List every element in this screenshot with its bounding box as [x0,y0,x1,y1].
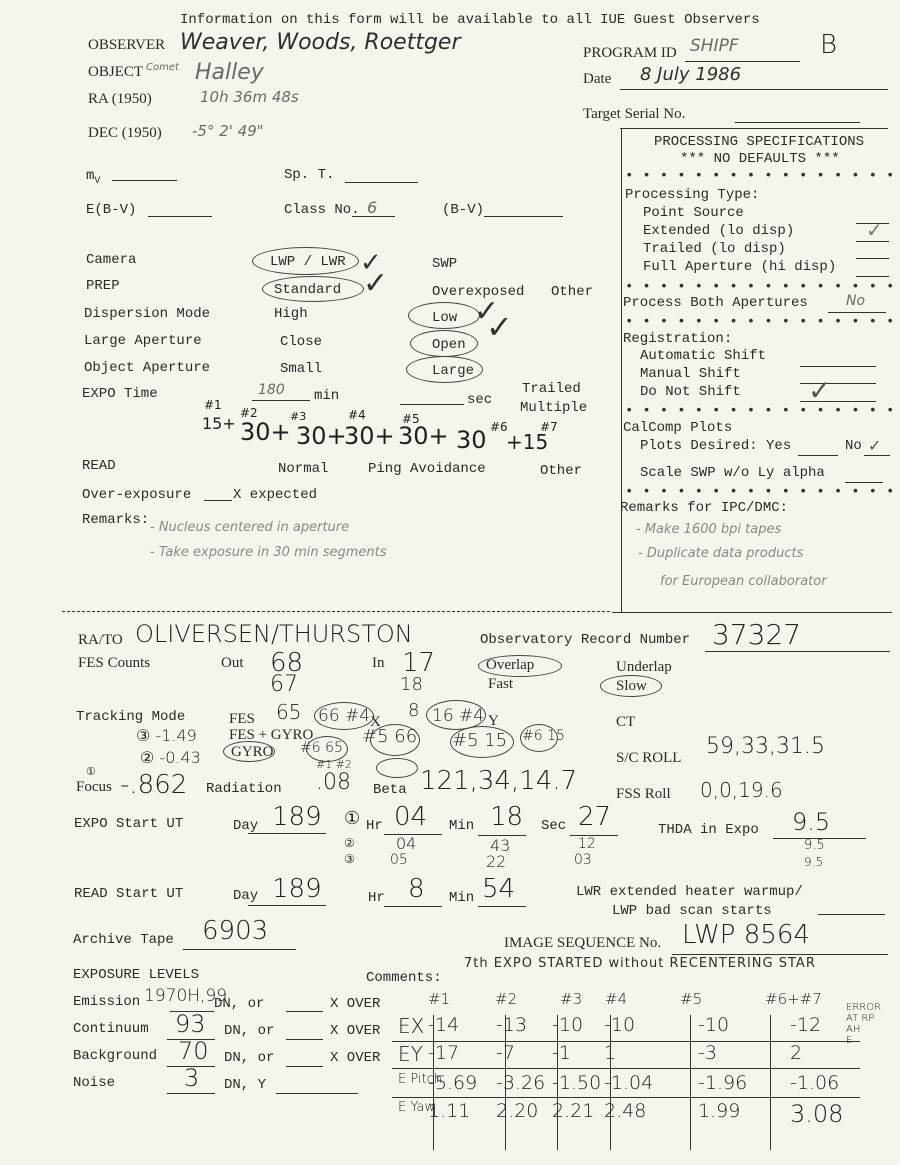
error-col-header: #3 [560,990,582,1008]
focus-mark: ① [86,765,96,778]
extended-checkmark-icon: ✓ [866,218,883,242]
level-suffix: DN, Y [224,1077,266,1093]
x-head-value: 8 [408,700,419,721]
level-suffix: DN, or [214,996,264,1012]
error-cell: -10 [604,1014,635,1036]
large-aperture-label: Large Aperture [84,333,202,349]
fss-roll-label: FSS Roll [616,786,671,803]
process-both-underline [828,312,886,313]
ipc-remark-line: - Duplicate data products [638,546,803,561]
expo-min-value[interactable]: 18 [490,802,523,832]
dec-value[interactable]: -5° 2' 49" [192,122,264,140]
ra-label: RA (1950) [88,91,152,108]
dotted-separator: ••••••••••••••••••••••••• [625,314,900,330]
bv-label: (B-V) [442,202,484,218]
error-cell: 2 [790,1042,802,1064]
processing-box-left [621,128,622,612]
archive-tape-label: Archive Tape [73,932,174,948]
segment-value: 15+ [202,414,236,433]
tracking-mode-label: Tracking Mode [76,709,185,725]
registration-label: Registration: [623,331,732,347]
lwp-scan-field[interactable] [818,914,885,915]
processing-box-top [620,128,888,129]
rato-value[interactable]: OLIVERSEN/THURSTON [135,620,413,648]
slow-selected-circle [600,675,662,697]
tracking-fes[interactable]: FES [229,711,255,728]
expo-min-label: Min [449,818,474,834]
level-label: Continuum [73,1021,149,1037]
spt-label: Sp. T. [284,167,334,183]
y-circle [520,724,558,752]
error-cell: -13 [496,1014,527,1036]
overexposure-field[interactable] [204,500,232,501]
expo-day-underline [248,833,326,834]
plots-desired-label: Plots Desired: Yes [640,438,791,454]
expo-min-value[interactable]: 180 [258,382,285,398]
observer-value[interactable]: Weaver, Woods, Roettger [180,30,461,55]
plots-yes-field[interactable] [798,455,838,456]
error-row-label: EY [398,1042,423,1066]
error-row-line [392,1041,860,1042]
level-label: Background [73,1048,157,1064]
overexposure-label: Over-exposure [82,487,191,503]
remark-line: - Nucleus centered in aperture [150,520,349,535]
error-cell: -1 [552,1042,571,1064]
level-label: Noise [73,1075,115,1091]
process-both-label: Process Both Apertures [623,295,808,311]
y-circle [450,726,514,758]
expo-hr-label: Hr [366,818,383,834]
error-cell: -1.06 [790,1072,839,1094]
out-label: Out [221,655,244,672]
error-cell: 1.99 [698,1100,740,1122]
segment-tag: #4 [348,408,366,422]
level-over: X OVER [330,1050,380,1066]
error-col-line [770,1015,771,1150]
mv-label: mV [86,168,100,187]
expo-hr-value-3: 05 [390,852,408,868]
large-aperture-checkmark-icon: ✓ [486,308,513,346]
read-hr-value[interactable]: 8 [408,874,425,904]
segment-tag: #1 [204,398,222,412]
object-value[interactable]: Halley [195,60,264,85]
read-hr-label: Hr [368,890,385,906]
record-number-value[interactable]: 37327 [712,618,801,651]
object-aperture-option-small[interactable]: Small [280,361,322,377]
expo-sec-label: sec [467,392,492,408]
error-col-header: #6+#7 [765,990,822,1008]
beta-label: Beta [373,782,407,798]
error-col-line [610,1015,611,1150]
plots-no-field[interactable] [864,455,890,456]
type-trailed-field [856,258,889,259]
expo-sec-value-3: 03 [574,852,592,868]
prep-option-other[interactable]: Other [551,284,593,300]
ct-label: CT [616,714,635,731]
level-over-field[interactable] [286,1066,323,1067]
dispersion-selected-circle [408,302,480,329]
error-col-header: #5 [680,990,702,1008]
expo-start-mark: ③ [344,852,355,866]
type-full-aperture[interactable]: Full Aperture (hi disp) [643,259,836,275]
expo-sec-field[interactable] [400,404,464,405]
thda-value[interactable]: 9.5 [792,808,830,836]
date-value[interactable]: 8 July 1986 [640,64,741,85]
image-sequence-label: IMAGE SEQUENCE No. [504,935,661,952]
expo-day-label: Day [233,818,258,834]
program-id-underline [685,61,800,62]
thda-value-3: 9.5 [804,855,823,869]
remarks-label: Remarks: [82,512,149,528]
focus-value[interactable]: -.862 [120,770,187,800]
remark-line: - Take exposure in 30 min segments [150,545,387,560]
processing-type-label: Processing Type: [625,187,759,203]
plots-no-checkmark-icon: ✓ [868,436,881,455]
error-cell: -3.26 [496,1072,545,1094]
read-day-underline [248,905,326,906]
error-row-label: EX [398,1014,424,1038]
level-value[interactable]: 93 [175,1010,206,1038]
trailed-label: Trailed [522,381,581,397]
object-label: OBJECT [88,64,143,81]
level-suffix: DN, or [224,1023,274,1039]
noise-y-field[interactable] [276,1093,358,1094]
thda-value-2: 9.5 [804,838,825,853]
fss-roll-value[interactable]: 0,0,19.6 [700,778,783,802]
bv-field[interactable] [484,216,563,217]
corner-mark: B [820,30,837,60]
fes-value: 65 [276,700,301,724]
expo-min-value-3: 22 [486,852,506,871]
error-row-line [392,1068,860,1069]
camera-selected-circle [252,247,359,275]
date-underline [620,89,888,90]
error-row-line [392,1097,860,1098]
expo-min-label: min [314,388,339,404]
empty-circle [376,758,418,778]
beta-value[interactable]: 121,34,14.7 [420,766,577,796]
in-label: In [372,655,385,672]
expo-min-underline [252,400,310,401]
program-id-label: PROGRAM ID [583,45,677,62]
level-suffix: DN, or [224,1050,274,1066]
large-aperture-option-close[interactable]: Close [280,334,322,350]
reg-auto-field [800,366,876,367]
multiple-label: Multiple [520,400,587,416]
error-cell: 3.08 [790,1100,843,1128]
remarks-ipc-label: Remarks for IPC/DMC: [620,500,788,516]
error-col-header: #2 [495,990,517,1008]
comments-value[interactable]: 7th EXPO STARTED without RECENTERING STA… [464,956,816,971]
dotted-separator: ••••••••••••••••••••••••• [625,168,900,184]
class-value[interactable]: 6 [367,198,377,217]
reg-manual-shift[interactable]: Manual Shift [640,366,741,382]
mv-field[interactable] [112,180,177,181]
thda-label: THDA in Expo [658,822,759,838]
comments-label: Comments: [366,970,442,986]
segment-value: 30+ [240,418,291,446]
x-circle [370,724,420,756]
ebv-label: E(B-V) [86,202,136,218]
radiation-value[interactable]: .08 [316,770,351,795]
read-day-label: Day [233,888,258,904]
error-cell: -1.04 [604,1072,653,1094]
error-cell: 1.11 [428,1100,470,1122]
type-point-source[interactable]: Point Source [643,205,744,221]
plots-no-label: No [845,438,862,454]
read-option-other[interactable]: Other [540,463,582,479]
camera-label: Camera [86,252,136,268]
in-value-2[interactable]: 18 [400,674,423,695]
segment-tag: #7 [540,420,558,434]
date-label: Date [583,71,611,88]
record-number-underline [705,651,890,652]
lwr-heater-label: LWR extended heater warmup/ [576,884,803,900]
rato-label: RA/TO [78,632,123,649]
error-cell: 2.20 [496,1100,538,1122]
level-value[interactable]: 70 [178,1037,209,1065]
prep-checkmark-icon: ✓ [363,266,388,301]
ra-value[interactable]: 10h 36m 48s [200,88,299,106]
error-cell: -1.96 [698,1072,747,1094]
calcomp-label: CalComp Plots [623,420,732,436]
form-notice: Information on this form will be availab… [180,12,760,28]
reg-do-not-shift[interactable]: Do Not Shift [640,384,741,400]
error-side-note: ERROR AT RP AH E [846,1002,881,1046]
processing-subtitle: *** NO DEFAULTS *** [680,151,840,167]
ebv-field[interactable] [148,216,212,217]
expo-sec-label: Sec [541,818,566,834]
object-aperture-selected-circle [406,356,483,383]
spt-field[interactable] [345,182,418,183]
record-number-label: Observatory Record Number [480,632,690,648]
error-cell: -3 [698,1042,717,1064]
read-option-ping-avoidance[interactable]: Ping Avoidance [368,461,486,477]
error-cell: -12 [790,1014,821,1036]
ipc-remark-line: for European collaborator [660,574,827,589]
exposure-levels-label: EXPOSURE LEVELS [73,967,199,983]
level-over-field[interactable] [286,1011,323,1012]
track-note: ② -0.43 [140,748,201,767]
read-min-value[interactable]: 54 [482,874,515,904]
segment-value: 30 [456,426,487,454]
read-hr-underline [384,906,442,907]
large-aperture-selected-circle [410,330,478,357]
object-aperture-label: Object Aperture [84,360,210,376]
out-value-2[interactable]: 67 [270,672,298,697]
level-label: Emission [73,994,140,1010]
expo-hr-value[interactable]: 04 [394,802,427,832]
archive-tape-value[interactable]: 6903 [202,916,268,946]
processing-title: PROCESSING SPECIFICATIONS [654,134,864,150]
overexposure-suffix: X expected [233,487,317,503]
dec-label: DEC (1950) [88,125,162,142]
type-full-aperture-field [856,276,889,277]
radiation-label: Radiation [206,781,282,797]
segment-value: 30+ [398,422,449,450]
section-divider-solid [612,612,892,613]
expo-day-value[interactable]: 189 [272,802,322,832]
target-serial-label: Target Serial No. [583,106,685,123]
ipc-remark-line: - Make 1600 bpi tapes [636,522,781,537]
scale-swp-field[interactable] [845,482,883,483]
observer-label: OBSERVER [88,37,165,54]
level-over-field[interactable] [286,1039,323,1040]
prep-label: PREP [86,278,120,294]
segment-value: 30+ [344,422,395,450]
program-id-value[interactable]: SHIPF [690,36,739,56]
dotted-separator: ••••••••••••••••••••••••• [625,403,900,419]
expo-sec-value-2: 12 [578,836,596,852]
prep-selected-circle [262,276,364,302]
error-col-line [505,1015,506,1150]
read-min-label: Min [449,890,474,906]
expo-start-mark: ② [344,836,355,850]
gyro-selected-circle [223,741,275,762]
fast-option[interactable]: Fast [488,676,513,693]
dotted-separator: ••••••••••••••••••••••••• [625,484,900,500]
expo-start-mark: ① [344,808,360,829]
target-serial-field[interactable] [735,122,860,123]
class-underline [352,216,395,217]
level-over: X OVER [330,1023,380,1039]
read-min-underline [478,906,526,907]
camera-option-swp[interactable]: SWP [432,256,457,272]
dispersion-label: Dispersion Mode [84,306,210,322]
read-label: READ [82,458,116,474]
level-value[interactable]: 3 [184,1064,199,1092]
track-note: ③ -1.49 [136,726,197,745]
error-cell: -5.69 [428,1072,477,1094]
expo-hr-value-2: 04 [396,834,416,853]
sc-roll-label: S/C ROLL [616,750,681,767]
fes-counts-label: FES Counts [78,655,150,672]
object-prefix: Comet [146,62,179,73]
error-col-header: #1 [428,990,450,1008]
section-divider [62,611,610,612]
level-over: X OVER [330,996,380,1012]
error-cell: -10 [698,1014,729,1036]
expo-sec-value[interactable]: 27 [578,802,611,832]
read-day-value[interactable]: 189 [272,874,322,904]
image-sequence-underline [672,954,888,955]
segment-value: 30+ [296,422,347,450]
level-underline [167,1093,215,1094]
class-label: Class No. [284,202,360,218]
focus-label: Focus [76,779,112,796]
process-both-value[interactable]: No [846,293,865,309]
type-extended[interactable]: Extended (lo disp) [643,223,794,239]
expo-start-label: EXPO Start UT [74,816,183,832]
error-col-header: #4 [605,990,627,1008]
error-col-line [690,1015,691,1150]
error-cell: 2.21 [552,1100,594,1122]
overlap-selected-circle [478,655,562,677]
read-option-normal[interactable]: Normal [278,461,328,477]
expo-time-label: EXPO Time [82,386,158,402]
type-trailed[interactable]: Trailed (lo disp) [643,241,786,257]
error-col-line [433,1015,434,1150]
lwp-scan-label: LWP bad scan starts [612,903,772,919]
sc-roll-value[interactable]: 59,33,31.5 [706,734,825,759]
underlap-option[interactable]: Underlap [616,659,672,676]
scale-swp-label: Scale SWP w/o Ly alpha [640,465,825,481]
archive-tape-underline [183,949,296,950]
error-col-line [557,1015,558,1150]
error-cell: -1.50 [552,1072,601,1094]
reg-automatic-shift[interactable]: Automatic Shift [640,348,766,364]
read-start-label: READ Start UT [74,886,183,902]
dispersion-option-high[interactable]: High [274,306,308,322]
image-sequence-value[interactable]: LWP 8564 [682,920,810,950]
